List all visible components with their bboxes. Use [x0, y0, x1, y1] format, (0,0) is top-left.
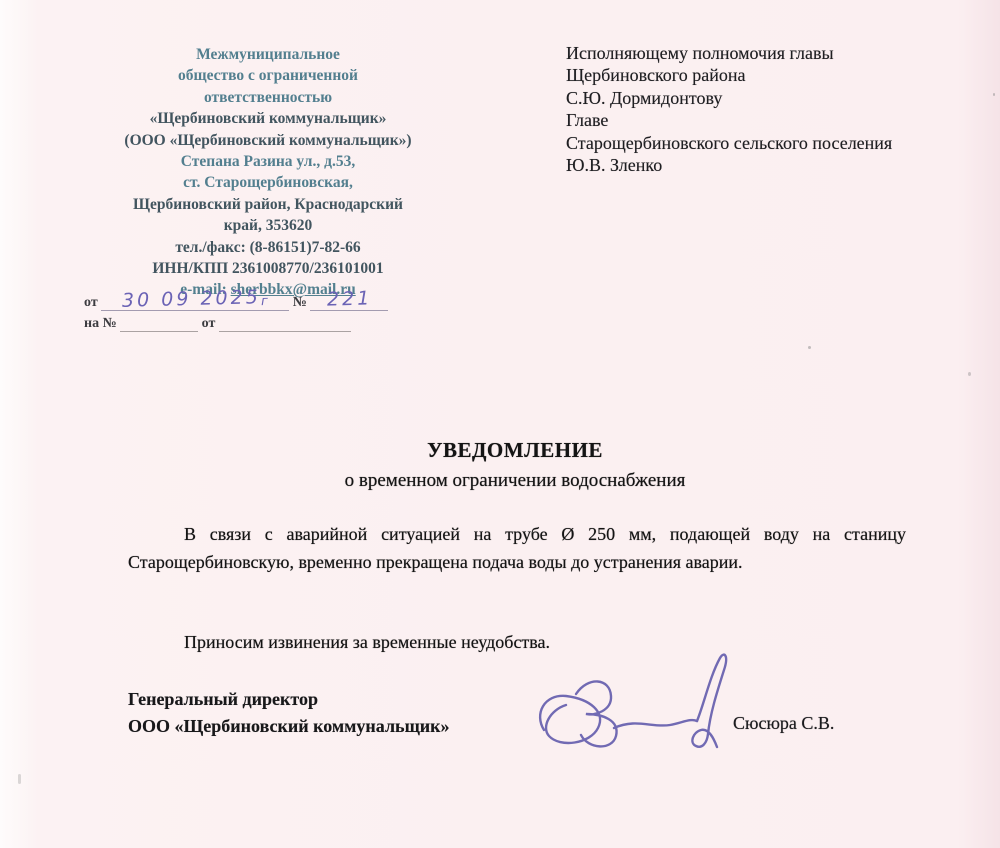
number-field: 221: [310, 288, 388, 311]
reply-number-field: [120, 315, 198, 332]
letterhead-inn-kpp: ИНН/КПП 2361008770/236101001: [92, 258, 444, 279]
letterhead-address-line: ст. Старощербиновская,: [92, 172, 444, 193]
signer-position-line: ООО «Щербиновский коммунальщик»: [128, 713, 450, 740]
scan-speck: [993, 93, 995, 96]
letterhead-org-line: ответственностью: [92, 87, 444, 108]
document-heading: УВЕДОМЛЕНИЕ о временном ограничении водо…: [120, 438, 910, 492]
letterhead-phone: тел./факс: (8-86151)7-82-66: [92, 237, 444, 258]
handwritten-date: 30 09 2025: [122, 286, 261, 312]
signer-name: Сюсюра С.В.: [733, 713, 834, 734]
letterhead-address-line: Степана Разина ул., д.53,: [92, 151, 444, 172]
addressee-line: Исполняющему полномочия главы: [566, 42, 976, 64]
body-paragraph-1: В связи с аварийной ситуацией на трубе Ø…: [128, 520, 906, 576]
handwritten-number: 221: [326, 287, 372, 310]
letterhead-address-line: край, 353620: [92, 215, 444, 236]
number-label: №: [293, 295, 307, 310]
letterhead-org-line: Межмуниципальное: [92, 44, 444, 65]
letterhead-address-line: Щербиновский район, Краснодарский: [92, 194, 444, 215]
addressee-line: С.Ю. Дормидонтову: [566, 87, 976, 109]
addressee-line: Щербиновского района: [566, 64, 976, 86]
reply-date-field: [219, 315, 351, 332]
scan-speck: [968, 372, 971, 376]
document-title: УВЕДОМЛЕНИЕ: [120, 438, 910, 463]
date-field: 30 09 2025г: [101, 288, 289, 311]
scan-speck: [808, 346, 811, 349]
reply-from-label: от: [202, 316, 216, 331]
handwritten-date-suffix: г: [261, 294, 268, 309]
scan-speck: [18, 774, 21, 784]
signer-position: Генеральный директор ООО «Щербиновский к…: [128, 686, 450, 740]
letterhead-org-name: «Щербиновский коммунальщик»: [92, 108, 444, 129]
letterhead: Межмуниципальное общество с ограниченной…: [92, 44, 444, 301]
addressee-line: Старощербиновского сельского поселения: [566, 132, 976, 154]
signature-handwriting: [530, 648, 740, 773]
document-subtitle: о временном ограничении водоснабжения: [120, 470, 910, 492]
addressee-line: Ю.В. Зленко: [566, 154, 976, 176]
letterhead-org-line: общество с ограниченной: [92, 65, 444, 86]
incoming-ref-row: на № от: [84, 315, 351, 332]
addressee-block: Исполняющему полномочия главы Щербиновск…: [566, 42, 976, 176]
letterhead-org-name-short: (ООО «Щербиновский коммунальщик»): [92, 130, 444, 151]
from-label: от: [84, 295, 98, 310]
addressee-line: Главе: [566, 109, 976, 131]
signer-position-line: Генеральный директор: [128, 686, 450, 713]
scanned-letter-page: Межмуниципальное общество с ограниченной…: [0, 0, 1000, 848]
reply-label: на №: [84, 316, 117, 331]
outgoing-ref-row: от 30 09 2025г № 221: [84, 288, 388, 311]
body-paragraph-2: Приносим извинения за временные неудобст…: [128, 628, 906, 656]
